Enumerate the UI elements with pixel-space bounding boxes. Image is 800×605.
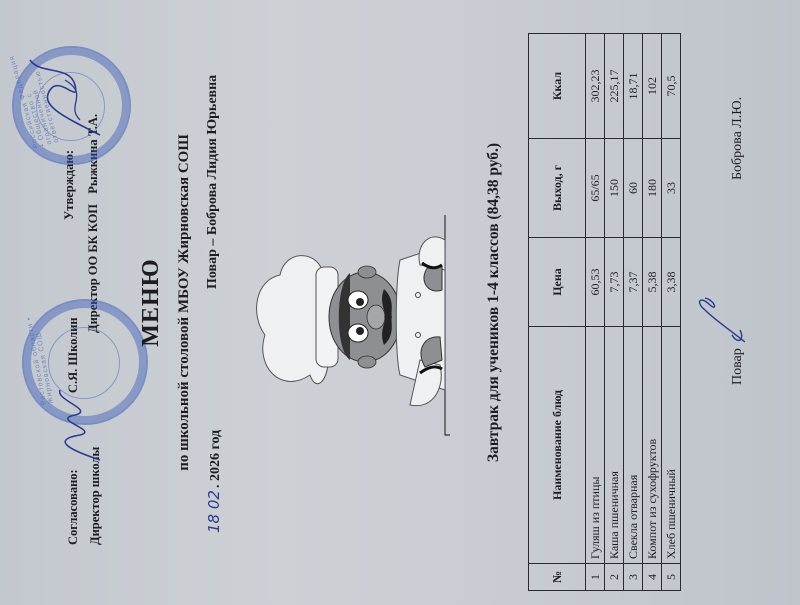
cook-signature-icon bbox=[690, 290, 750, 350]
table-row: 1 Гуляш из птицы 60,53 65/65 302,23 bbox=[586, 34, 605, 591]
menu-table: № Наименование блюд Цена Выход, г Ккал 1… bbox=[528, 33, 681, 591]
dish-kcal: 18,71 bbox=[624, 34, 643, 139]
column-header-yield: Выход, г bbox=[529, 139, 586, 238]
column-header-dish: Наименование блюд bbox=[529, 327, 586, 564]
dish-price: 7,37 bbox=[624, 238, 643, 327]
menu-title: МЕНЮ bbox=[138, 0, 165, 605]
table-row: 4 Компот из сухофруктов 5,38 180 102 bbox=[643, 34, 662, 591]
dish-kcal: 225,17 bbox=[605, 34, 624, 139]
dish-name: Гуляш из птицы bbox=[586, 327, 605, 564]
dish-yield: 60 bbox=[624, 139, 643, 238]
dish-yield: 65/65 bbox=[586, 139, 605, 238]
column-header-kcal: Ккал bbox=[529, 34, 586, 139]
school-director-signature-icon bbox=[40, 385, 110, 465]
menu-subtitle: по школьной столовой МБОУ Жирновская СОШ bbox=[176, 0, 193, 605]
menu-document: Утверждаю: Директор ОО БК КОП Рыжкина Т.… bbox=[0, 0, 800, 605]
dish-yield: 33 bbox=[662, 139, 681, 238]
table-header-row: № Наименование блюд Цена Выход, г Ккал bbox=[529, 34, 586, 591]
dish-name: Свекла отварная bbox=[624, 327, 643, 564]
cook-line: Повар – Боброва Лидия Юрьевна bbox=[205, 75, 221, 289]
agreement-label: Согласовано: bbox=[66, 469, 80, 545]
date-year: . 2026 год bbox=[208, 430, 223, 488]
chef-cartoon-icon bbox=[250, 205, 460, 445]
row-number: 3 bbox=[624, 564, 643, 591]
dish-kcal: 70,5 bbox=[662, 34, 681, 139]
column-header-number: № bbox=[529, 564, 586, 591]
row-number: 5 bbox=[662, 564, 681, 591]
row-number: 1 bbox=[586, 564, 605, 591]
dish-name: Хлеб пшеничный bbox=[662, 327, 681, 564]
dish-yield: 150 bbox=[605, 139, 624, 238]
column-header-price: Цена bbox=[529, 238, 586, 327]
dish-price: 7,73 bbox=[605, 238, 624, 327]
table-row: 2 Каша пшеничная 7,73 150 225,17 bbox=[605, 34, 624, 591]
footer-cook-label: Повар bbox=[730, 348, 746, 385]
menu-date: 18 02. 2026 год bbox=[205, 430, 224, 533]
dish-price: 3,38 bbox=[662, 238, 681, 327]
meal-title: Завтрак для учеников 1-4 классов (84,38 … bbox=[485, 0, 503, 605]
dish-kcal: 302,23 bbox=[586, 34, 605, 139]
dish-price: 60,53 bbox=[586, 238, 605, 327]
table-row: 3 Свекла отварная 7,37 60 18,71 bbox=[624, 34, 643, 591]
dish-name: Компот из сухофруктов bbox=[643, 327, 662, 564]
table-row: 5 Хлеб пшеничный 3,38 33 70,5 bbox=[662, 34, 681, 591]
director-signature-icon bbox=[20, 55, 110, 145]
dish-price: 5,38 bbox=[643, 238, 662, 327]
row-number: 2 bbox=[605, 564, 624, 591]
handwritten-date: 18 02 bbox=[205, 490, 223, 533]
row-number: 4 bbox=[643, 564, 662, 591]
dish-kcal: 102 bbox=[643, 34, 662, 139]
dish-name: Каша пшеничная bbox=[605, 327, 624, 564]
photo-frame: Утверждаю: Директор ОО БК КОП Рыжкина Т.… bbox=[0, 0, 800, 605]
footer-cook-name: Боброва Л.Ю. bbox=[730, 97, 746, 180]
dish-yield: 180 bbox=[643, 139, 662, 238]
